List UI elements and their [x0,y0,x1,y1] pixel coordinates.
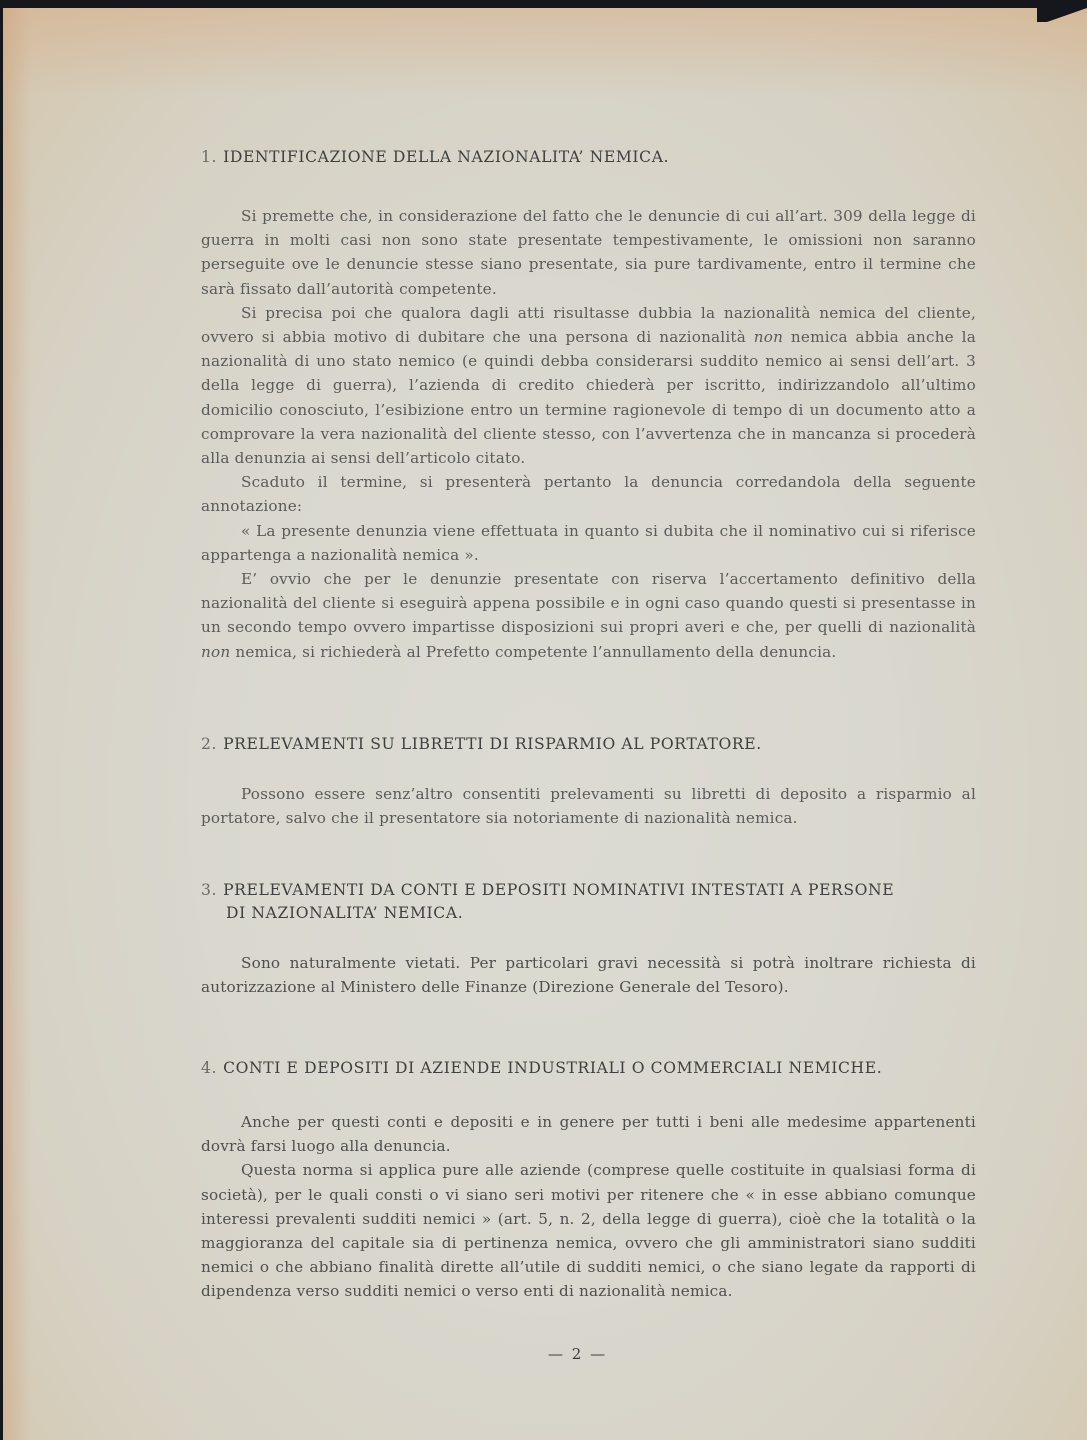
section-number: 4. [201,1059,217,1077]
section-3: 3.PRELEVAMENTI DA CONTI E DEPOSITI NOMIN… [201,879,976,999]
paragraph-text: nemica, si richiederà al Prefetto compet… [230,643,836,661]
paragraph-text: E’ ovvio che per le denunzie presentate … [201,570,976,636]
section-number: 2. [201,735,217,753]
quoted-annotation: « La presente denunzia viene effettuata … [201,519,976,567]
paragraph: Sono naturalmente vietati. Per particola… [201,951,976,999]
paragraph: Si premette che, in considerazione del f… [201,204,976,301]
section-body: Anche per questi conti e depositi e in g… [201,1110,976,1304]
paragraph: Anche per questi conti e depositi e in g… [201,1110,976,1158]
section-number: 1. [201,148,217,166]
section-title: PRELEVAMENTI SU LIBRETTI DI RISPARMIO AL… [223,735,762,753]
emphasis-text: non [201,643,230,661]
section-body: Possono essere senz’altro consentiti pre… [201,782,976,830]
section-heading: 4.CONTI E DEPOSITI DI AZIENDE INDUSTRIAL… [201,1057,976,1080]
paragraph: E’ ovvio che per le denunzie presentate … [201,567,976,664]
section-heading: 3.PRELEVAMENTI DA CONTI E DEPOSITI NOMIN… [201,879,976,925]
section-heading: 2.PRELEVAMENTI SU LIBRETTI DI RISPARMIO … [201,733,976,756]
section-4: 4.CONTI E DEPOSITI DI AZIENDE INDUSTRIAL… [201,1057,976,1304]
page-number: — 2 — [548,1345,607,1363]
section-title-continuation: DI NAZIONALITA’ NEMICA. [201,902,976,925]
section-number: 3. [201,881,217,899]
paragraph: Possono essere senz’altro consentiti pre… [201,782,976,830]
paragraph: Scaduto il termine, si presenterà pertan… [201,470,976,518]
paragraph-text: nemica abbia anche la nazionalità di uno… [201,328,976,467]
section-2: 2.PRELEVAMENTI SU LIBRETTI DI RISPARMIO … [201,733,976,830]
paragraph: Si precisa poi che qualora dagli atti ri… [201,301,976,470]
emphasis-text: non [754,328,783,346]
section-body: Sono naturalmente vietati. Per particola… [201,951,976,999]
scan-background: 1.IDENTIFICAZIONE DELLA NAZIONALITA’ NEM… [0,0,1087,1440]
section-title: CONTI E DEPOSITI DI AZIENDE INDUSTRIALI … [223,1059,882,1077]
paragraph: Questa norma si applica pure alle aziend… [201,1158,976,1303]
section-heading: 1.IDENTIFICAZIONE DELLA NAZIONALITA’ NEM… [201,146,976,169]
section-body: Si premette che, in considerazione del f… [201,204,976,664]
page-corner-shadow [1037,8,1087,22]
section-title: IDENTIFICAZIONE DELLA NAZIONALITA’ NEMIC… [223,148,669,166]
section-1: 1.IDENTIFICAZIONE DELLA NAZIONALITA’ NEM… [201,146,976,664]
section-title: PRELEVAMENTI DA CONTI E DEPOSITI NOMINAT… [223,881,894,899]
